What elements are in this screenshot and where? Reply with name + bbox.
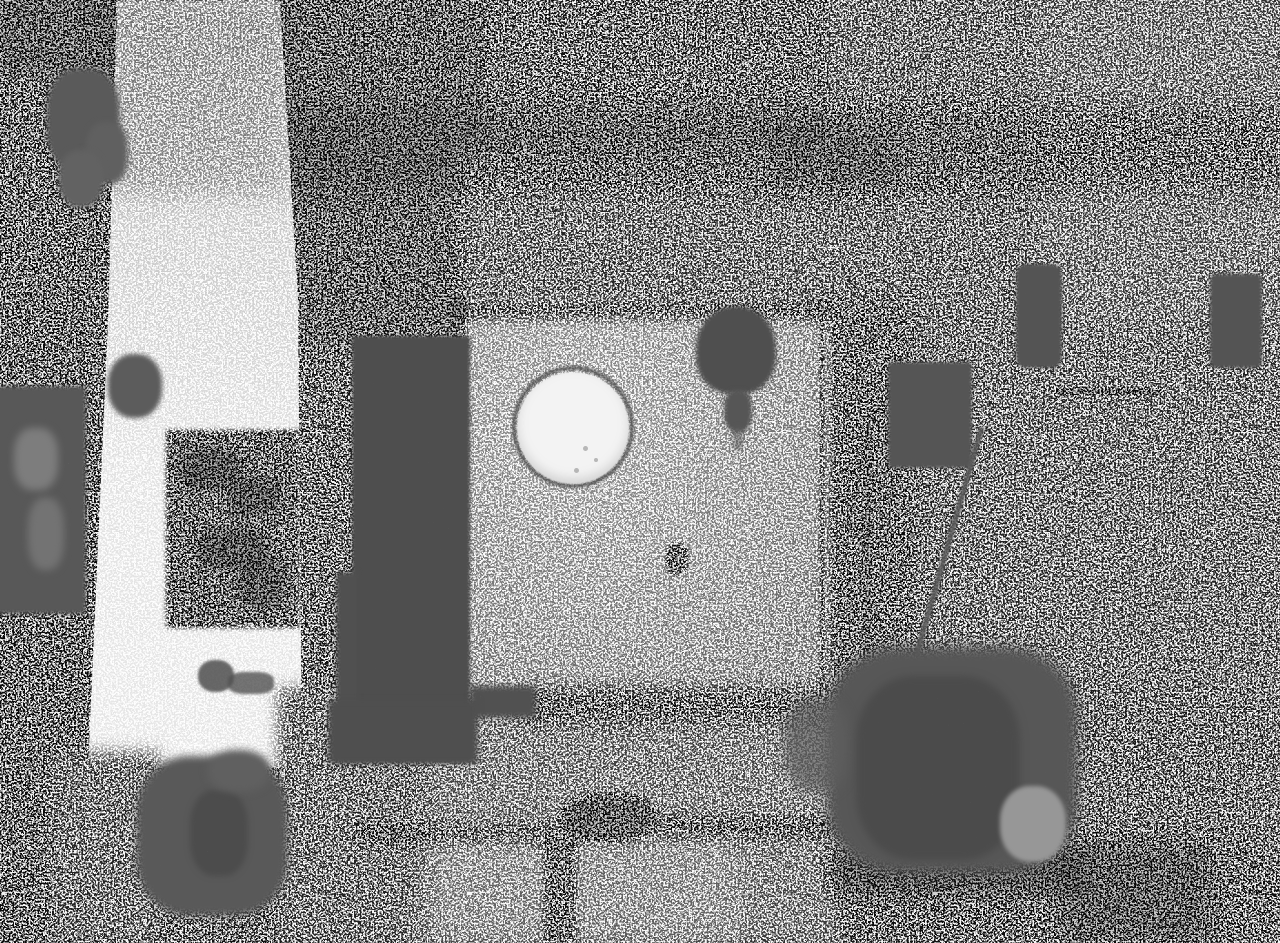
- dark-cabinet-foot: [328, 700, 478, 764]
- round-wall-lamp: [517, 372, 629, 484]
- ornament-stem: [733, 426, 743, 450]
- wall-fixture-far-right: [1210, 274, 1262, 368]
- wall-fixture-upper: [1016, 264, 1062, 368]
- pile-lower-left-top: [208, 750, 270, 792]
- hanging-wall-ornament: [696, 306, 776, 394]
- left-frame-highlight: [28, 498, 64, 570]
- object-layer: [0, 0, 1280, 943]
- left-frame-highlight: [14, 428, 58, 490]
- lamp-speck: [583, 446, 588, 451]
- clothes-pile-dark-core: [856, 676, 1020, 860]
- strip-ornament: [108, 354, 162, 418]
- dark-cabinet-protrusion: [470, 686, 536, 718]
- lamp-speck: [574, 468, 579, 473]
- right-wall-frame: [888, 362, 972, 468]
- dithered-room-photo: [0, 0, 1280, 943]
- clothes-pile-left-lobe: [784, 698, 848, 792]
- dark-cabinet: [352, 336, 470, 762]
- woven-highlight-patch: [1000, 786, 1066, 862]
- pile-lower-left-core: [190, 790, 248, 876]
- illegible-mark: [228, 672, 274, 694]
- lamp-speck: [594, 458, 598, 462]
- hanging-coat-lower: [58, 150, 104, 208]
